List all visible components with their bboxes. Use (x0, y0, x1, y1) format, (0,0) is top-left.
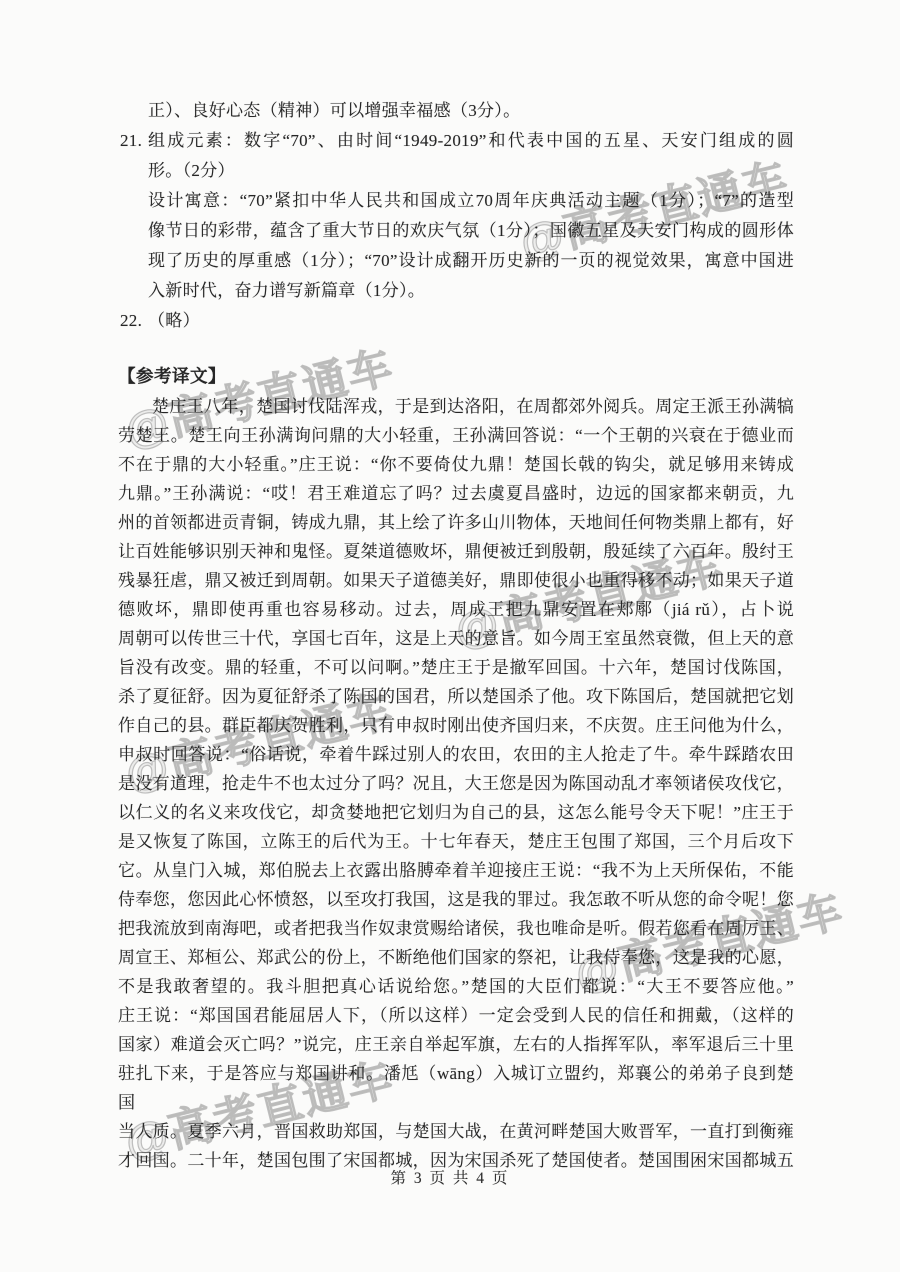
translation-line: 作自己的县。群臣都庆贺胜利，只有申叔时刚出使齐国归来，不庆贺。庄王问他为什么， (118, 711, 794, 740)
translation-line: 是又恢复了陈国，立陈王的后代为王。十七年春天，楚庄王包围了郑国，三个月后攻下 (118, 827, 794, 856)
translation-line: 州的首领都进贡青铜，铸成九鼎，其上绘了许多山川物体，天地间任何物类鼎上都有，好 (118, 508, 794, 537)
translation-line: 杀了夏征舒。因为夏征舒杀了陈国的国君，所以楚国杀了他。攻下陈国后，楚国就把它划 (118, 682, 794, 711)
translation-line: 申叔时回答说：“俗话说，牵着牛踩过别人的农田，农田的主人抢走了牛。牵牛踩踏农田 (118, 740, 794, 769)
translation-line: 它。从皇门入城，郑伯脱去上衣露出胳膊牵着羊迎接庄王说：“我不为上天所保佑，不能 (118, 856, 794, 885)
translation-line: 庄王说：“郑国国君能屈居人下，（所以这样）一定会受到人民的信任和拥戴，（这样的 (118, 1001, 794, 1030)
translation-line: 楚庄王八年，楚国讨伐陆浑戎，于是到达洛阳，在周都郊外阅兵。周定王派王孙满犒 (118, 392, 794, 421)
translation-line: 旨没有改变。鼎的轻重，不可以问啊。”楚庄王于是撤军回国。十六年，楚国讨伐陈国， (118, 653, 794, 682)
answer-section: 正）、良好心态（精神）可以增强幸福感（3分）。 21. 组成元素：数字“70”、… (118, 96, 794, 336)
translation-line: 侍奉您，您因此心怀愤怒，以至攻打我国，这是我的罪过。我怎敢不听从您的命令呢！您 (118, 885, 794, 914)
reference-translation-section: 【参考译文】 楚庄王八年，楚国讨伐陆浑戎，于是到达洛阳，在周都郊外阅兵。周定王派… (118, 360, 794, 1175)
reference-translation-heading: 【参考译文】 (118, 360, 794, 392)
page-footer: 第 3 页 共 4 页 (0, 1166, 900, 1188)
q21-elements-line: 形。（2分） (148, 156, 794, 186)
question-22-number: 22. (120, 306, 142, 336)
translation-line: 不在于鼎的大小轻重。”庄王说：“你不要倚仗九鼎！楚国长戟的钩尖，就足够用来铸成 (118, 450, 794, 479)
translation-line: 以仁义的名义来攻伐它，却贪婪地把它划归为自己的县，这怎么能号令天下呢！”庄王于 (118, 798, 794, 827)
translation-line: 周宣王、郑桓公、郑武公的份上，不断绝他们国家的祭祀，让我侍奉您，这是我的心愿， (118, 943, 794, 972)
q21-design-line: 现了历史的厚重感（1分）；“70”设计成翻开历史新的一页的视觉效果，寓意中国进 (148, 246, 794, 276)
scanned-answer-page: @高考直通车 @高考直通车 @高考直通车 @高考直通车 @高考直通车 @高考直通… (0, 0, 900, 1272)
translation-line: 是没有道理，抢走牛不也太过分了吗？况且，大王您是因为陈国动乱才率领诸侯攻伐它， (118, 769, 794, 798)
translation-line: 当人质。夏季六月，晋国救助郑国，与楚国大战，在黄河畔楚国大败晋军，一直打到衡雍 (118, 1117, 794, 1146)
question-21-number: 21. (120, 126, 142, 156)
translation-line: 德败坏，鼎即使再重也容易移动。过去，周成王把九鼎安置在郏鄏（jiá rǔ），占卜… (118, 595, 794, 624)
q21-design-line: 入新时代，奋力谱写新篇章（1分）。 (148, 276, 794, 306)
translation-line: 劳楚王。楚王向王孙满询问鼎的大小轻重，王孙满回答说：“一个王朝的兴衰在于德业而 (118, 421, 794, 450)
q21-design-line: 设计寓意：“70”紧扣中华人民共和国成立70周年庆典活动主题（1分）；“7”的造… (148, 186, 794, 216)
translation-line: 让百姓能够识别天神和鬼怪。夏桀道德败坏，鼎便被迁到殷朝，殷延续了六百年。殷纣王 (118, 537, 794, 566)
translation-line: 国家）难道会灭亡吗？”说完，庄王亲自举起军旗，左右的人指挥军队，率军退后三十里 (118, 1030, 794, 1059)
q22-answer: （略） (148, 306, 794, 336)
q21-design-line: 像节日的彩带，蕴含了重大节日的欢庆气氛（1分）；国徽五星及天安门构成的圆形体 (148, 216, 794, 246)
translation-line: 残暴狂虐，鼎又被迁到周朝。如果天子道德美好，鼎即使很小也重得移不动；如果天子道 (118, 566, 794, 595)
translation-line: 驻扎下来，于是答应与郑国讲和。潘尪（wāng）入城订立盟约，郑襄公的弟弟子良到楚… (118, 1059, 794, 1117)
translation-line: 不是我敢奢望的。我斗胆把真心话说给您。”楚国的大臣们都说：“大王不要答应他。” (118, 972, 794, 1001)
translation-line: 把我流放到南海吧，或者把我当作奴隶赏赐给诸侯，我也唯命是听。假若您看在周厉王、 (118, 914, 794, 943)
carryover-answer-line: 正）、良好心态（精神）可以增强幸福感（3分）。 (118, 96, 794, 126)
q21-elements-line: 组成元素：数字“70”、由时间“1949-2019”和代表中国的五星、天安门组成… (148, 126, 794, 156)
translation-line: 九鼎。”王孙满说：“哎！君王难道忘了吗？过去虞夏昌盛时，边远的国家都来朝贡，九 (118, 479, 794, 508)
translation-line: 周朝可以传世三十代，享国七百年，这是上天的意旨。如今周王室虽然衰微，但上天的意 (118, 624, 794, 653)
question-22: 22. （略） (118, 306, 794, 336)
question-21: 21. 组成元素：数字“70”、由时间“1949-2019”和代表中国的五星、天… (118, 126, 794, 306)
